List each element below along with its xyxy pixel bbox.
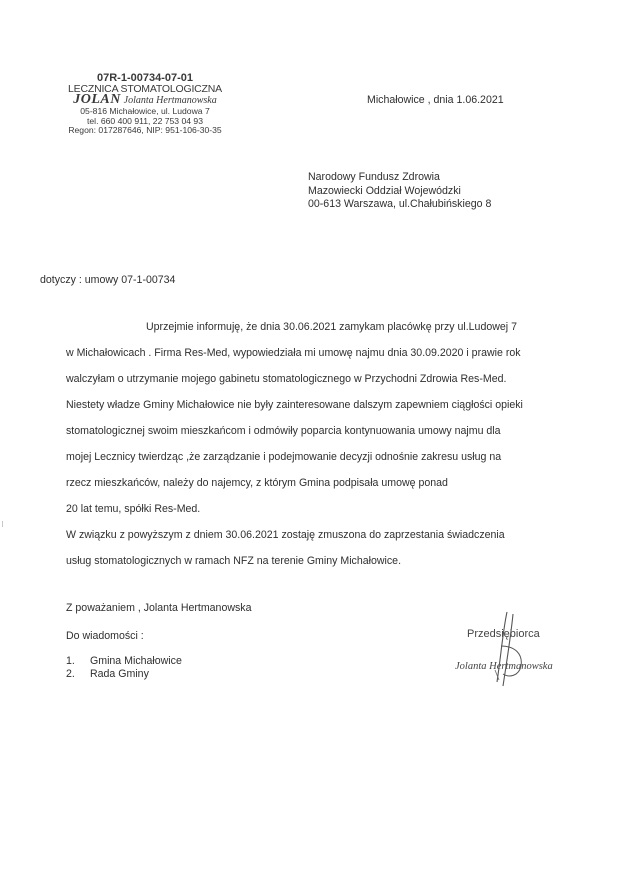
stamp-ids: Regon: 017287646, NIP: 951-106-30-35	[56, 126, 234, 136]
body-line: w Michałowicach . Firma Res-Med, wypowie…	[66, 346, 626, 372]
cc-item-label: Gmina Michałowice	[90, 655, 182, 667]
cc-item-label: Rada Gminy	[90, 668, 149, 680]
cc-item-number: 1.	[66, 655, 90, 668]
cc-label: Do wiadomości :	[66, 630, 144, 642]
body-line: rzecz mieszkańców, należy do najemcy, z …	[66, 476, 626, 502]
body-line: stomatologicznej swoim mieszkańcom i odm…	[66, 424, 626, 450]
date-line: Michałowice , dnia 1.06.2021	[367, 94, 504, 106]
body-line: mojej Lecznicy twierdząc ,że zarządzanie…	[66, 450, 626, 476]
signature-block: Przedsiębiorca Jolanta Hertmanowska	[445, 610, 585, 690]
letter-body: Uprzejmie informuję, że dnia 30.06.2021 …	[66, 320, 626, 580]
recipient-line: 00-613 Warszawa, ul.Chałubińskiego 8	[308, 198, 491, 212]
body-line: walczyłam o utrzymanie mojego gabinetu s…	[66, 372, 626, 398]
handwritten-signature-icon	[445, 610, 585, 690]
body-line: Niestety władze Gminy Michałowice nie by…	[66, 398, 626, 424]
recipient-line: Mazowiecki Oddział Wojewódzki	[308, 185, 491, 199]
cc-list: 1.Gmina Michałowice 2.Rada Gminy	[66, 655, 182, 680]
scan-edge-mark	[2, 521, 3, 527]
subject-line: dotyczy : umowy 07-1-00734	[40, 274, 175, 286]
cc-list-item: 1.Gmina Michałowice	[66, 655, 182, 668]
body-line: W związku z powyższym z dniem 30.06.2021…	[66, 528, 626, 554]
clinic-stamp: 07R-1-00734-07-01 LECZNICA STOMATOLOGICZ…	[56, 72, 234, 136]
closing-line: Z poważaniem , Jolanta Hertmanowska	[66, 602, 251, 614]
cc-list-item: 2.Rada Gminy	[66, 668, 182, 681]
stamp-logo: JOLAN	[73, 92, 121, 107]
body-line: 20 lat temu, spółki Res-Med.	[66, 502, 626, 528]
body-line: usług stomatologicznych w ramach NFZ na …	[66, 554, 626, 580]
body-line: Uprzejmie informuję, że dnia 30.06.2021 …	[66, 320, 626, 346]
cc-item-number: 2.	[66, 668, 90, 681]
recipient-line: Narodowy Fundusz Zdrowia	[308, 171, 491, 185]
stamp-owner: Jolanta Hertmanowska	[124, 95, 217, 106]
recipient-address: Narodowy Fundusz Zdrowia Mazowiecki Oddz…	[308, 171, 491, 212]
